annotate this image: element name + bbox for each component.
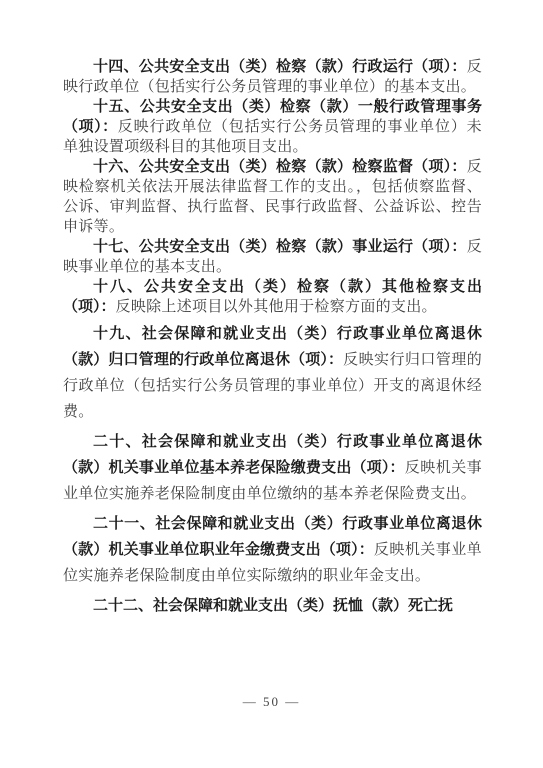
paragraph-item-17: 十七、公共安全支出（类）检察（款）事业运行（项）：反映事业单位的基本支出。 [63, 237, 482, 277]
document-page: 十四、公共安全支出（类）检察（款）行政运行（项）：反映行政单位（包括实行公务员管… [0, 0, 543, 768]
paragraph-item-18: 十八、公共安全支出（类）检察（款）其他检察支出（项）：反映除上述项目以外其他用于… [63, 277, 482, 317]
paragraph-item-20: 二十、社会保障和就业支出（类）行政事业单位离退休（款）机关事业单位基本养老保险缴… [63, 429, 482, 507]
paragraph-item-18-body: 反映除上述项目以外其他用于检察方面的支出。 [116, 299, 437, 315]
paragraph-item-19: 十九、社会保障和就业支出（类）行政事业单位离退休（款）归口管理的行政单位离退休（… [63, 321, 482, 425]
paragraph-item-14-heading: 十四、公共安全支出（类）检察（款）行政运行（项）： [93, 59, 467, 75]
paragraph-item-16-heading: 十六、公共安全支出（类）检察（款）检察监督（项）： [93, 159, 467, 175]
paragraph-item-17-heading: 十七、公共安全支出（类）检察（款）事业运行（项）： [93, 239, 467, 255]
document-body: 十四、公共安全支出（类）检察（款）行政运行（项）：反映行政单位（包括实行公务员管… [63, 57, 482, 619]
paragraph-item-15: 十五、公共安全支出（类）检察（款）一般行政管理事务（项）：反映行政单位（包括实行… [63, 97, 482, 157]
paragraph-item-22: 二十二、社会保障和就业支出（类）抚恤（款）死亡抚 [63, 593, 482, 619]
paragraph-item-14: 十四、公共安全支出（类）检察（款）行政运行（项）：反映行政单位（包括实行公务员管… [63, 57, 482, 97]
paragraph-item-15-body: 反映行政单位（包括实行公务员管理的事业单位）未单独设置项级科目的其他项目支出。 [63, 119, 482, 155]
paragraph-item-21: 二十一、社会保障和就业支出（类）行政事业单位离退休（款）机关事业单位职业年金缴费… [63, 511, 482, 589]
paragraph-item-16: 十六、公共安全支出（类）检察（款）检察监督（项）：反映检察机关依法开展法律监督工… [63, 157, 482, 237]
page-number: — 50 — [0, 694, 543, 710]
paragraph-item-22-heading: 二十二、社会保障和就业支出（类）抚恤（款）死亡抚 [93, 598, 453, 614]
